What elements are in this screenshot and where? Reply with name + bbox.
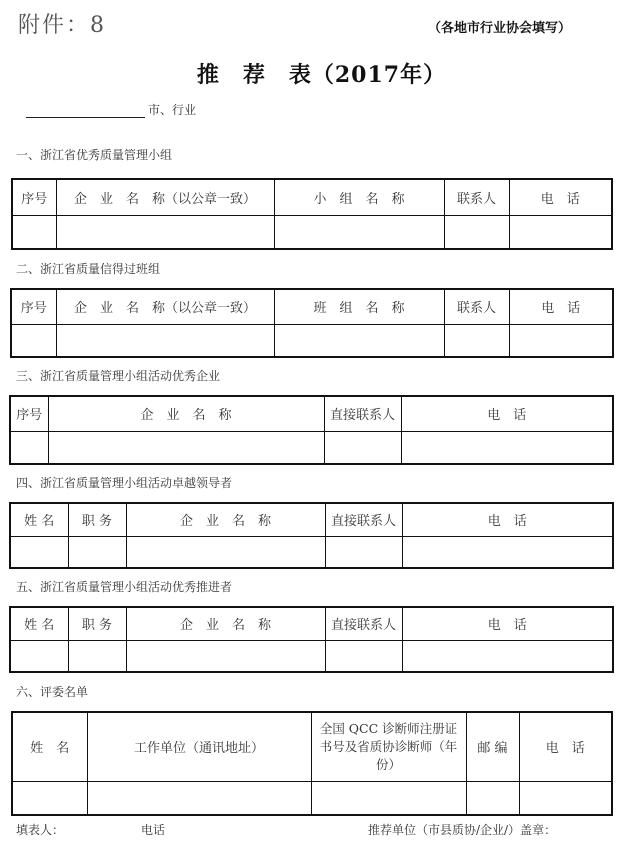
col-header: 电 话	[519, 712, 612, 781]
section-5-heading: 五、浙江省质量管理小组活动优秀推进者	[16, 578, 232, 595]
attachment-number: 附件：8	[18, 8, 106, 39]
cell-phone[interactable]	[402, 536, 613, 568]
table-excellent-qc-groups: 序号 企 业 名 称（以公章一致） 小 组 名 称 联系人 电 话	[11, 178, 613, 250]
recommender-stamp-label: 推荐单位（市县质协/企业/）盖章：	[368, 821, 556, 838]
cell-name[interactable]	[12, 781, 87, 815]
cell-phone[interactable]	[402, 640, 613, 672]
col-header: 企 业 名 称（以公章一致）	[56, 289, 274, 324]
col-header: 电 话	[509, 289, 613, 324]
table-excellent-enterprises: 序号 企 业 名 称 直接联系人 电 话	[9, 395, 614, 465]
cell-direct-contact[interactable]	[325, 640, 402, 672]
cell-contact[interactable]	[444, 215, 509, 249]
section-1-heading: 一、浙江省优秀质量管理小组	[16, 146, 172, 163]
table-row	[10, 431, 613, 464]
col-header: 直接联系人	[324, 396, 401, 431]
cell-phone[interactable]	[519, 781, 612, 815]
city-blank-field[interactable]	[26, 103, 145, 118]
cell-contact[interactable]	[444, 324, 509, 357]
table-judges-list: 姓 名 工作单位（通讯地址） 全国 QCC 诊断师注册证书号及省质协诊断师（年份…	[11, 711, 613, 816]
table-trusted-teams: 序号 企 业 名 称（以公章一致） 班 组 名 称 联系人 电 话	[10, 288, 614, 358]
section-6-heading: 六、评委名单	[16, 683, 88, 700]
cell-postcode[interactable]	[466, 781, 519, 815]
cell-certificate[interactable]	[311, 781, 466, 815]
col-header: 序号	[10, 396, 48, 431]
table-header-row: 姓 名 职 务 企 业 名 称 直接联系人 电 话	[10, 607, 613, 640]
table-header-row: 姓 名 工作单位（通讯地址） 全国 QCC 诊断师注册证书号及省质协诊断师（年份…	[12, 712, 612, 781]
cell-group[interactable]	[274, 215, 444, 249]
cell-company[interactable]	[126, 536, 325, 568]
col-header: 联系人	[444, 179, 509, 215]
col-header: 电 话	[509, 179, 612, 215]
table-row	[10, 640, 613, 672]
col-header: 电 话	[402, 503, 613, 536]
cell-phone[interactable]	[509, 215, 612, 249]
cell-company[interactable]	[56, 324, 274, 357]
col-header: 企 业 名 称	[126, 503, 325, 536]
cell-position[interactable]	[68, 536, 126, 568]
table-header-row: 序号 企 业 名 称（以公章一致） 班 组 名 称 联系人 电 话	[11, 289, 613, 324]
table-row	[12, 781, 612, 815]
cell-name[interactable]	[10, 640, 68, 672]
col-header: 姓 名	[12, 712, 87, 781]
col-header: 直接联系人	[325, 503, 402, 536]
section-2-heading: 二、浙江省质量信得过班组	[16, 260, 160, 277]
col-header: 班 组 名 称	[274, 289, 444, 324]
table-row	[12, 215, 612, 249]
cell-company[interactable]	[48, 431, 324, 464]
cell-direct-contact[interactable]	[324, 431, 401, 464]
table-header-row: 姓 名 职 务 企 业 名 称 直接联系人 电 话	[10, 503, 613, 536]
section-4-heading: 四、浙江省质量管理小组活动卓越领导者	[16, 474, 232, 491]
cell-index[interactable]	[10, 431, 48, 464]
cell-name[interactable]	[10, 536, 68, 568]
cell-index[interactable]	[12, 215, 56, 249]
col-header: 序号	[11, 289, 56, 324]
cell-direct-contact[interactable]	[325, 536, 402, 568]
cell-phone[interactable]	[401, 431, 613, 464]
col-header: 小 组 名 称	[274, 179, 444, 215]
cell-team[interactable]	[274, 324, 444, 357]
filler-label: 填表人：	[16, 821, 64, 838]
table-header-row: 序号 企 业 名 称 直接联系人 电 话	[10, 396, 613, 431]
col-header: 职 务	[68, 607, 126, 640]
table-header-row: 序号 企 业 名 称（以公章一致） 小 组 名 称 联系人 电 话	[12, 179, 612, 215]
page-title: 推 荐 表（2017年）	[0, 58, 643, 89]
col-header: 电 话	[401, 396, 613, 431]
col-header: 企 业 名 称	[126, 607, 325, 640]
col-header: 企 业 名 称	[48, 396, 324, 431]
col-header: 邮 编	[466, 712, 519, 781]
col-header: 姓 名	[10, 503, 68, 536]
cell-index[interactable]	[11, 324, 56, 357]
section-3-heading: 三、浙江省质量管理小组活动优秀企业	[16, 367, 220, 384]
col-header: 姓 名	[10, 607, 68, 640]
table-row	[11, 324, 613, 357]
table-outstanding-leaders: 姓 名 职 务 企 业 名 称 直接联系人 电 话	[9, 502, 614, 569]
col-header: 职 务	[68, 503, 126, 536]
col-header: 联系人	[444, 289, 509, 324]
table-excellent-promoters: 姓 名 职 务 企 业 名 称 直接联系人 电 话	[9, 606, 614, 673]
cell-phone[interactable]	[509, 324, 613, 357]
col-header: 全国 QCC 诊断师注册证书号及省质协诊断师（年份）	[311, 712, 466, 781]
col-header: 电 话	[402, 607, 613, 640]
fill-note: （各地市行业协会填写）	[428, 17, 571, 36]
cell-position[interactable]	[68, 640, 126, 672]
city-industry-line: 市、行业	[26, 101, 196, 118]
col-header: 企 业 名 称（以公章一致）	[56, 179, 274, 215]
cell-work-unit[interactable]	[87, 781, 311, 815]
col-header: 序号	[12, 179, 56, 215]
cell-company[interactable]	[56, 215, 274, 249]
cell-company[interactable]	[126, 640, 325, 672]
col-header: 工作单位（通讯地址）	[87, 712, 311, 781]
col-header: 直接联系人	[325, 607, 402, 640]
table-row	[10, 536, 613, 568]
phone-label: 电话	[141, 821, 165, 838]
city-suffix: 市、行业	[148, 103, 196, 117]
